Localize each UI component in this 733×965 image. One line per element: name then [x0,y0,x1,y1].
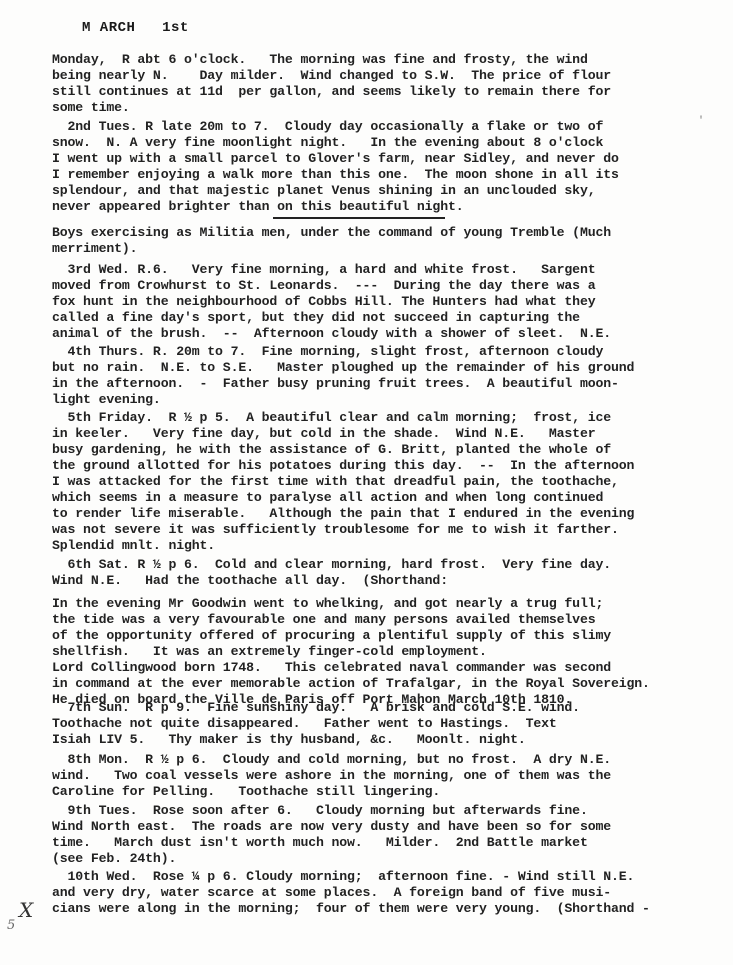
text-line: 3rd Wed. R.6. Very fine morning, a hard … [52,262,732,278]
text-line: time. March dust isn't worth much now. M… [52,835,732,851]
entry-wed-10th: 10th Wed. Rose ¼ p 6. Cloudy morning; af… [52,869,732,917]
text-line: 9th Tues. Rose soon after 6. Cloudy morn… [52,803,732,819]
entry-monday-1st: Monday, R abt 6 o'clock. The morning was… [52,52,732,116]
text-line: busy gardening, he with the assistance o… [52,442,732,458]
text-line: cians were along in the morning; four of… [52,901,732,917]
text-line: 7th Sun. R p 9. Fine sunshiny day. A bri… [52,700,732,716]
page-heading: M ARCH 1st [82,20,189,36]
text-line: moved from Crowhurst to St. Leonards. --… [52,278,732,294]
stray-pen-mark: ' [698,116,704,127]
text-line: splendour, and that majestic planet Venu… [52,183,732,199]
text-line: some time. [52,100,732,116]
text-line: light evening. [52,392,732,408]
text-line: merriment). [52,241,732,257]
text-line: animal of the brush. -- Afternoon cloudy… [52,326,732,342]
text-line: 6th Sat. R ½ p 6. Cold and clear morning… [52,557,732,573]
text-line: the ground allotted for his potatoes dur… [52,458,732,474]
handwritten-number: 5 [7,918,15,933]
entry-thurs-4th: 4th Thurs. R. 20m to 7. Fine morning, sl… [52,344,732,408]
text-line: 10th Wed. Rose ¼ p 6. Cloudy morning; af… [52,869,732,885]
entry-wed-3rd: 3rd Wed. R.6. Very fine morning, a hard … [52,262,732,342]
entry-sat-6th-shorthand: In the evening Mr Goodwin went to whelki… [52,596,732,708]
text-line: in keeler. Very fine day, but cold in th… [52,426,732,442]
text-line: was not severe it was sufficiently troub… [52,522,732,538]
text-line: Boys exercising as Militia men, under th… [52,225,732,241]
text-line: Toothache not quite disappeared. Father … [52,716,732,732]
text-line: 4th Thurs. R. 20m to 7. Fine morning, sl… [52,344,732,360]
section-divider [273,217,445,219]
text-line: Monday, R abt 6 o'clock. The morning was… [52,52,732,68]
entry-mon-8th: 8th Mon. R ½ p 6. Cloudy and cold mornin… [52,752,732,800]
text-line: 8th Mon. R ½ p 6. Cloudy and cold mornin… [52,752,732,768]
text-line: I went up with a small parcel to Glover'… [52,151,732,167]
text-line: still continues at 11d per gallon, and s… [52,84,732,100]
diary-page: M ARCH 1st Monday, R abt 6 o'clock. The … [0,0,733,965]
text-line: fox hunt in the neighbourhood of Cobbs H… [52,294,732,310]
text-line: In the evening Mr Goodwin went to whelki… [52,596,732,612]
handwritten-x-mark-icon: X [19,898,33,922]
text-line: shellfish. It was an extremely finger-co… [52,644,732,660]
entry-tues-9th: 9th Tues. Rose soon after 6. Cloudy morn… [52,803,732,867]
text-line: snow. N. A very fine moonlight night. In… [52,135,732,151]
text-line: I was attacked for the first time with t… [52,474,732,490]
text-line: of the opportunity offered of procuring … [52,628,732,644]
text-line: Wind North east. The roads are now very … [52,819,732,835]
entry-tues-2nd: 2nd Tues. R late 20m to 7. Cloudy day oc… [52,119,732,215]
text-line: Caroline for Pelling. Toothache still li… [52,784,732,800]
text-line: in command at the ever memorable action … [52,676,732,692]
text-line: but no rain. N.E. to S.E. Master ploughe… [52,360,732,376]
entry-boys-militia: Boys exercising as Militia men, under th… [52,225,732,257]
text-line: being nearly N. Day milder. Wind changed… [52,68,732,84]
text-line: Isiah LIV 5. Thy maker is thy husband, &… [52,732,732,748]
text-line: (see Feb. 24th). [52,851,732,867]
text-line: and very dry, water scarce at some place… [52,885,732,901]
text-line: Wind N.E. Had the toothache all day. (Sh… [52,573,732,589]
text-line: 2nd Tues. R late 20m to 7. Cloudy day oc… [52,119,732,135]
handwritten-margin-annotation: X 5 [5,898,40,943]
text-line: the tide was a very favourable one and m… [52,612,732,628]
text-line: I remember enjoying a walk more than thi… [52,167,732,183]
text-line: in the afternoon. - Father busy pruning … [52,376,732,392]
text-line: to render life miserable. Although the p… [52,506,732,522]
text-line: never appeared brighter than on this bea… [52,199,732,215]
text-line: which seems in a measure to paralyse all… [52,490,732,506]
text-line: Lord Collingwood born 1748. This celebra… [52,660,732,676]
entry-friday-5th: 5th Friday. R ½ p 5. A beautiful clear a… [52,410,732,554]
entry-sun-7th: 7th Sun. R p 9. Fine sunshiny day. A bri… [52,700,732,748]
text-line: wind. Two coal vessels were ashore in th… [52,768,732,784]
text-line: Splendid mnlt. night. [52,538,732,554]
entry-sat-6th: 6th Sat. R ½ p 6. Cold and clear morning… [52,557,732,589]
text-line: 5th Friday. R ½ p 5. A beautiful clear a… [52,410,732,426]
text-line: called a fine day's sport, but they did … [52,310,732,326]
